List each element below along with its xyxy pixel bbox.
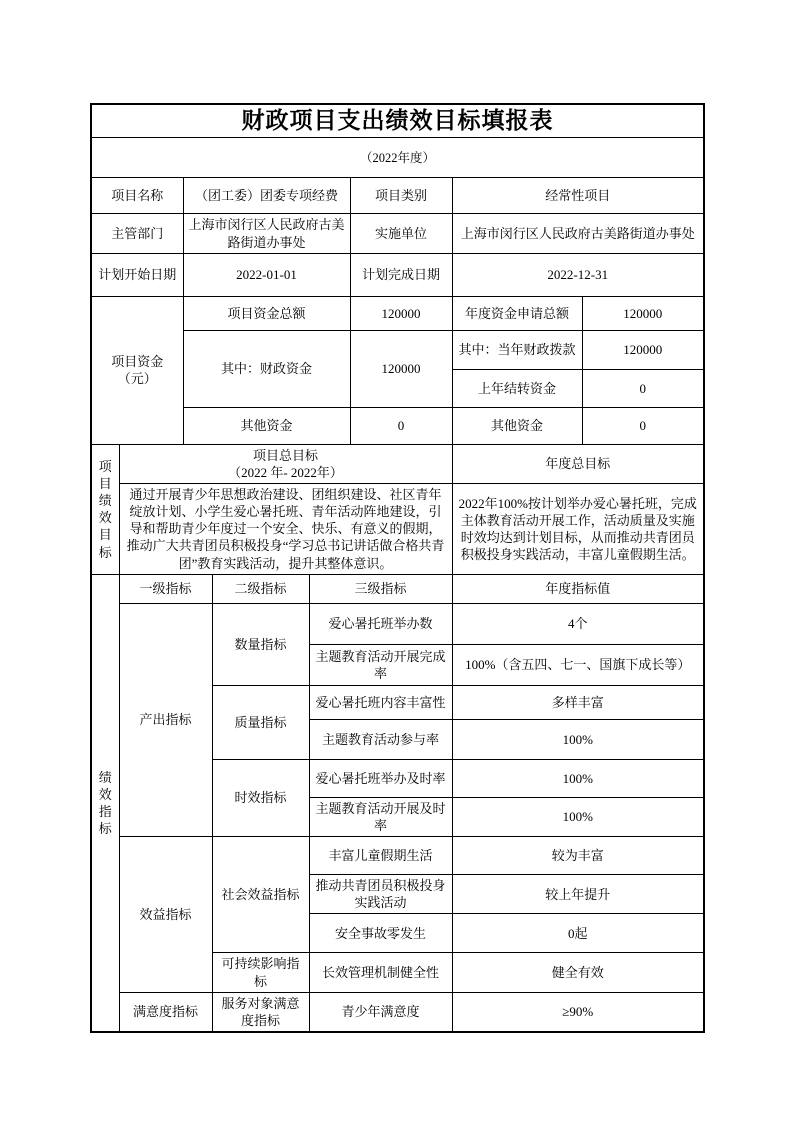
plan-dates-row: 计划开始日期 2022-01-01 计划完成日期 2022-12-31 <box>91 253 704 296</box>
annual-goal-text: 2022年100%按计划举办爱心暑托班，完成主体教育活动开展工作，活动质量及实施… <box>452 483 704 574</box>
carryover-funds-label: 上年结转资金 <box>452 369 582 407</box>
overall-goal-text: 通过开展青少年思想政治建设、团组织建设、社区青年绽放计划、小学生爱心暑托班、青年… <box>119 483 452 574</box>
indicator-value: 较上年提升 <box>452 875 704 914</box>
header-level3-indicator: 三级指标 <box>309 574 452 603</box>
indicator-value: 0起 <box>452 914 704 953</box>
project-name-row: 项目名称 （团工委）团委专项经费 项目类别 经常性项目 <box>91 178 704 214</box>
funding-row-fiscal: 其中：财政资金 120000 其中：当年财政拨款 120000 <box>91 330 704 369</box>
header-annual-indicator-value: 年度指标值 <box>452 574 704 603</box>
funding-row-other: 其他资金 0 其他资金 0 <box>91 407 704 444</box>
other-funds-right-value: 0 <box>582 407 704 444</box>
indicator-value: 4个 <box>452 603 704 644</box>
annual-request-label: 年度资金申请总额 <box>452 296 582 330</box>
indicator-value: 较为丰富 <box>452 837 704 875</box>
header-level1-indicator: 一级指标 <box>119 574 212 603</box>
other-funds-left-value: 0 <box>350 407 452 444</box>
indicator-l1-benefit: 效益指标 <box>119 837 212 993</box>
indicator-l3: 推动共青团员积极投身实践活动 <box>309 875 452 914</box>
subtitle-row: （2022年度） <box>91 138 704 178</box>
plan-end-date-value: 2022-12-31 <box>452 253 704 296</box>
department-row: 主管部门 上海市闵行区人民政府古美路街道办事处 实施单位 上海市闵行区人民政府古… <box>91 214 704 253</box>
indicator-l2-sustainability: 可持续影响指标 <box>212 953 309 992</box>
fiscal-funds-value: 120000 <box>350 330 452 407</box>
indicator-l3: 青少年满意度 <box>309 992 452 1032</box>
indicator-value: 多样丰富 <box>452 685 704 719</box>
form-title: 财政项目支出绩效目标填报表 <box>91 104 704 138</box>
indicator-value: ≥90% <box>452 992 704 1032</box>
indicator-l3: 长效管理机制健全性 <box>309 953 452 992</box>
indicator-l2-quantity: 数量指标 <box>212 603 309 685</box>
indicator-value: 100%（含五四、七一、国旗下成长等） <box>452 644 704 685</box>
annual-request-value: 120000 <box>582 296 704 330</box>
indicator-l2-service-satisfaction: 服务对象满意度指标 <box>212 992 309 1032</box>
indicator-l1-output: 产出指标 <box>119 603 212 836</box>
indicator-l1-satisfaction: 满意度指标 <box>119 992 212 1032</box>
plan-start-date-value: 2022-01-01 <box>183 253 350 296</box>
overall-goal-header: 项目总目标 （2022 年- 2022年） <box>119 444 452 483</box>
goals-content-row: 通过开展青少年思想政治建设、团组织建设、社区青年绽放计划、小学生爱心暑托班、青年… <box>91 483 704 574</box>
current-year-allocation-label: 其中：当年财政拨款 <box>452 330 582 369</box>
indicator-l3: 爱心暑托班内容丰富性 <box>309 685 452 719</box>
project-funds-section-label: 项目资金 （元） <box>91 296 183 444</box>
indicator-row: 产出指标 数量指标 爱心暑托班举办数 4个 <box>91 603 704 644</box>
project-name-label: 项目名称 <box>91 178 183 214</box>
indicator-l2-timeliness: 时效指标 <box>212 759 309 836</box>
indicator-l2-quality: 质量指标 <box>212 685 309 759</box>
plan-start-date-label: 计划开始日期 <box>91 253 183 296</box>
project-name-value: （团工委）团委专项经费 <box>183 178 350 214</box>
indicator-l2-social-benefit: 社会效益指标 <box>212 837 309 953</box>
project-category-label: 项目类别 <box>350 178 452 214</box>
indicator-value: 100% <box>452 797 704 836</box>
indicator-l3: 爱心暑托班举办数 <box>309 603 452 644</box>
form-sheet: 财政项目支出绩效目标填报表 （2022年度） 项目名称 （团工委）团委专项经费 … <box>90 0 703 1033</box>
implementing-unit-label: 实施单位 <box>350 214 452 253</box>
indicator-l3: 主题教育活动开展完成率 <box>309 644 452 685</box>
overall-goal-header-title: 项目总目标 <box>124 447 448 464</box>
total-funds-label: 项目资金总额 <box>183 296 350 330</box>
indicator-l3: 主题教育活动开展及时率 <box>309 797 452 836</box>
indicator-value: 健全有效 <box>452 953 704 992</box>
current-year-allocation-value: 120000 <box>582 330 704 369</box>
performance-target-form: 财政项目支出绩效目标填报表 （2022年度） 项目名称 （团工委）团委专项经费 … <box>90 103 705 1033</box>
annual-goal-header: 年度总目标 <box>452 444 704 483</box>
indicator-l3: 爱心暑托班举办及时率 <box>309 759 452 797</box>
indicators-header-row: 绩效 指标 一级指标 二级指标 三级指标 年度指标值 <box>91 574 704 603</box>
supervisor-dept-label: 主管部门 <box>91 214 183 253</box>
performance-goal-section-label: 项目 绩效 目标 <box>91 444 119 574</box>
other-funds-right-label: 其他资金 <box>452 407 582 444</box>
indicator-l3: 丰富儿童假期生活 <box>309 837 452 875</box>
implementing-unit-value: 上海市闵行区人民政府古美路街道办事处 <box>452 214 704 253</box>
goals-header-row: 项目 绩效 目标 项目总目标 （2022 年- 2022年） 年度总目标 <box>91 444 704 483</box>
other-funds-left-label: 其他资金 <box>183 407 350 444</box>
carryover-funds-value: 0 <box>582 369 704 407</box>
indicator-row: 满意度指标 服务对象满意度指标 青少年满意度 ≥90% <box>91 992 704 1032</box>
overall-goal-header-period: （2022 年- 2022年） <box>124 464 448 481</box>
indicator-l3: 主题教育活动参与率 <box>309 719 452 759</box>
title-row: 财政项目支出绩效目标填报表 <box>91 104 704 138</box>
supervisor-dept-value: 上海市闵行区人民政府古美路街道办事处 <box>183 214 350 253</box>
project-category-value: 经常性项目 <box>452 178 704 214</box>
indicator-row: 效益指标 社会效益指标 丰富儿童假期生活 较为丰富 <box>91 837 704 875</box>
funding-row-total: 项目资金 （元） 项目资金总额 120000 年度资金申请总额 120000 <box>91 296 704 330</box>
indicators-section-label: 绩效 指标 <box>91 574 119 1032</box>
plan-end-date-label: 计划完成日期 <box>350 253 452 296</box>
indicator-value: 100% <box>452 719 704 759</box>
form-subtitle: （2022年度） <box>91 138 704 178</box>
total-funds-value: 120000 <box>350 296 452 330</box>
indicator-l3: 安全事故零发生 <box>309 914 452 953</box>
indicator-value: 100% <box>452 759 704 797</box>
header-level2-indicator: 二级指标 <box>212 574 309 603</box>
fiscal-funds-label: 其中：财政资金 <box>183 330 350 407</box>
